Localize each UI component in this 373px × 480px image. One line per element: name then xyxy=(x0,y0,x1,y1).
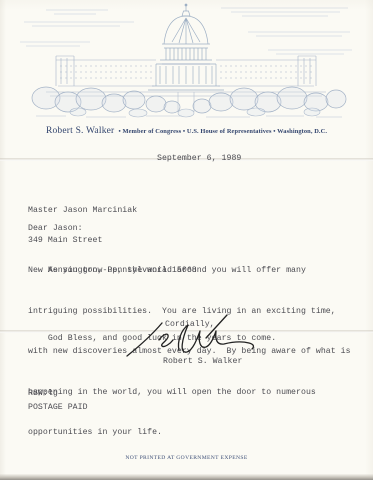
body-line: As you grow-up, the world around you wil… xyxy=(28,264,351,278)
signed-name: Robert S. Walker xyxy=(163,355,242,369)
letter-page: Robert S. Walker • Member of Congress • … xyxy=(0,0,373,480)
recipient-name: Master Jason Marciniak xyxy=(28,206,197,216)
us-capitol-engraving-icon xyxy=(16,2,356,118)
postage-note: POSTAGE PAID xyxy=(28,401,88,415)
footer-note: NOT PRINTED AT GOVERNMENT EXPENSE xyxy=(0,455,373,461)
letterhead: Robert S. Walker • Member of Congress • … xyxy=(0,120,373,138)
typist-initials: RSW:lg xyxy=(28,387,58,401)
body-line: happening in the world, you will open th… xyxy=(28,386,351,400)
handwritten-signature-icon xyxy=(121,313,271,361)
letter-date: September 6, 1989 xyxy=(157,152,241,166)
body-line: opportunities in your life. xyxy=(28,426,351,440)
paper-bottom-edge xyxy=(0,474,373,480)
letterhead-name: Robert S. Walker xyxy=(46,126,115,136)
salutation: Dear Jason: xyxy=(28,222,83,236)
letterhead-tagline: • Member of Congress • U.S. House of Rep… xyxy=(118,128,327,135)
